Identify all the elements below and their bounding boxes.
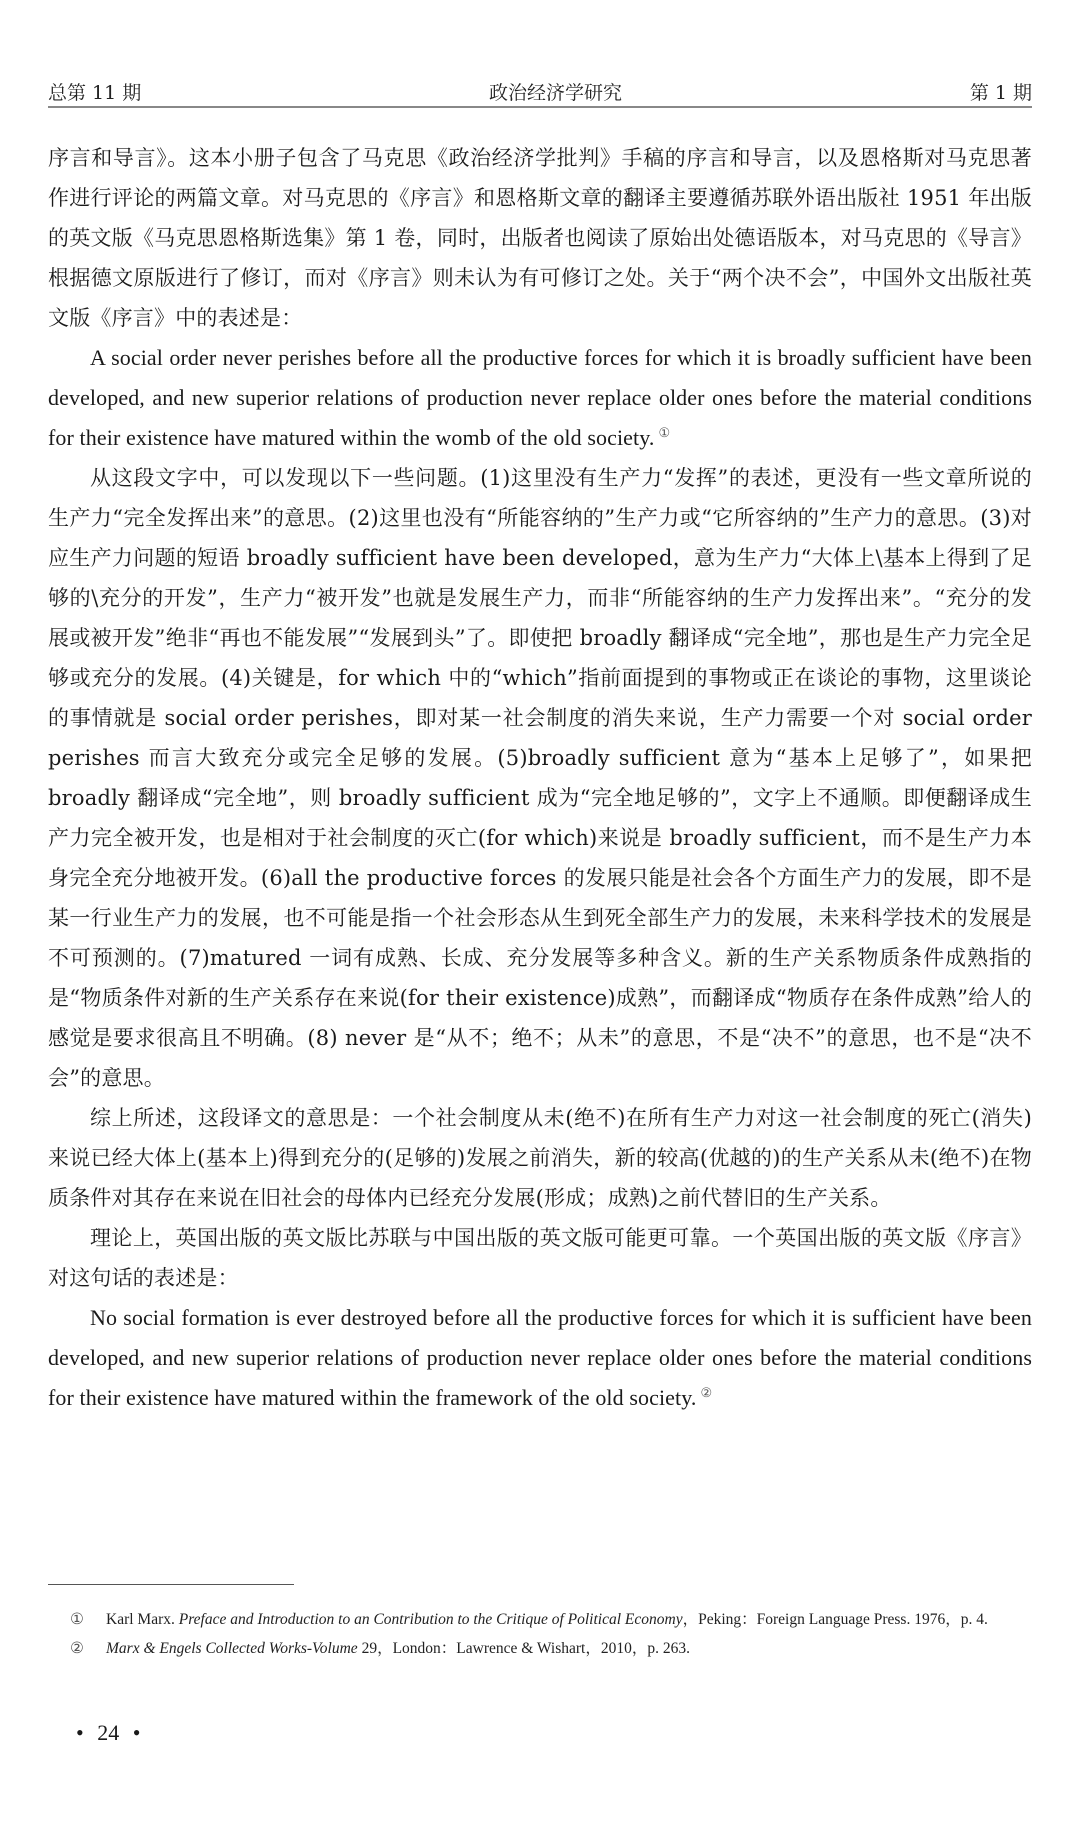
footnote-publication: ，Peking：Foreign Language Press. 1976，p. … (683, 1611, 988, 1628)
issue-number-label: 第 1 期 (970, 80, 1032, 106)
footnotes: ①Karl Marx. Preface and Introduction to … (48, 1605, 1032, 1663)
running-header: 总第 11 期 政治经济学研究 第 1 期 (48, 70, 1032, 106)
footnote-title: Marx & Engels Collected Works-Volume (106, 1640, 358, 1657)
footnote-author: Karl Marx. (106, 1611, 175, 1628)
journal-title: 政治经济学研究 (489, 80, 622, 106)
footnote-ref-2[interactable]: ② (701, 1385, 713, 1400)
page-number: • 24 • (76, 1720, 140, 1746)
footnote-2: ②Marx & Engels Collected Works-Volume 29… (48, 1634, 1032, 1663)
article-body: 序言和导言》。这本小册子包含了马克思《政治经济学批判》手稿的序言和导言，以及恩格… (48, 138, 1032, 1418)
paragraph-intro: 序言和导言》。这本小册子包含了马克思《政治经济学批判》手稿的序言和导言，以及恩格… (48, 138, 1032, 338)
footnote-title: Preface and Introduction to an Contribut… (179, 1611, 683, 1628)
footnote-rule (48, 1584, 294, 1585)
paragraph-summary: 综上所述，这段译文的意思是：一个社会制度从未(绝不)在所有生产力对这一社会制度的… (48, 1098, 1032, 1218)
quote-text: A social order never perishes before all… (48, 345, 1032, 450)
quote-foreign-languages-press: A social order never perishes before all… (48, 338, 1032, 458)
header-rule (48, 106, 1032, 108)
issue-total-label: 总第 11 期 (48, 80, 141, 106)
footnote-mark: ② (70, 1634, 106, 1663)
footnote-publication: 29，London：Lawrence & Wishart，2010，p. 263… (358, 1640, 690, 1657)
footnote-ref-1[interactable]: ① (659, 425, 671, 440)
paragraph-british-edition: 理论上，英国出版的英文版比苏联与中国出版的英文版可能更可靠。一个英国出版的英文版… (48, 1218, 1032, 1298)
quote-british-edition: No social formation is ever destroyed be… (48, 1298, 1032, 1418)
footnote-1: ①Karl Marx. Preface and Introduction to … (48, 1605, 1032, 1634)
quote-text: No social formation is ever destroyed be… (48, 1305, 1032, 1410)
footnote-mark: ① (70, 1605, 106, 1634)
paragraph-analysis: 从这段文字中，可以发现以下一些问题。(1)这里没有生产力“发挥”的表述，更没有一… (48, 458, 1032, 1098)
